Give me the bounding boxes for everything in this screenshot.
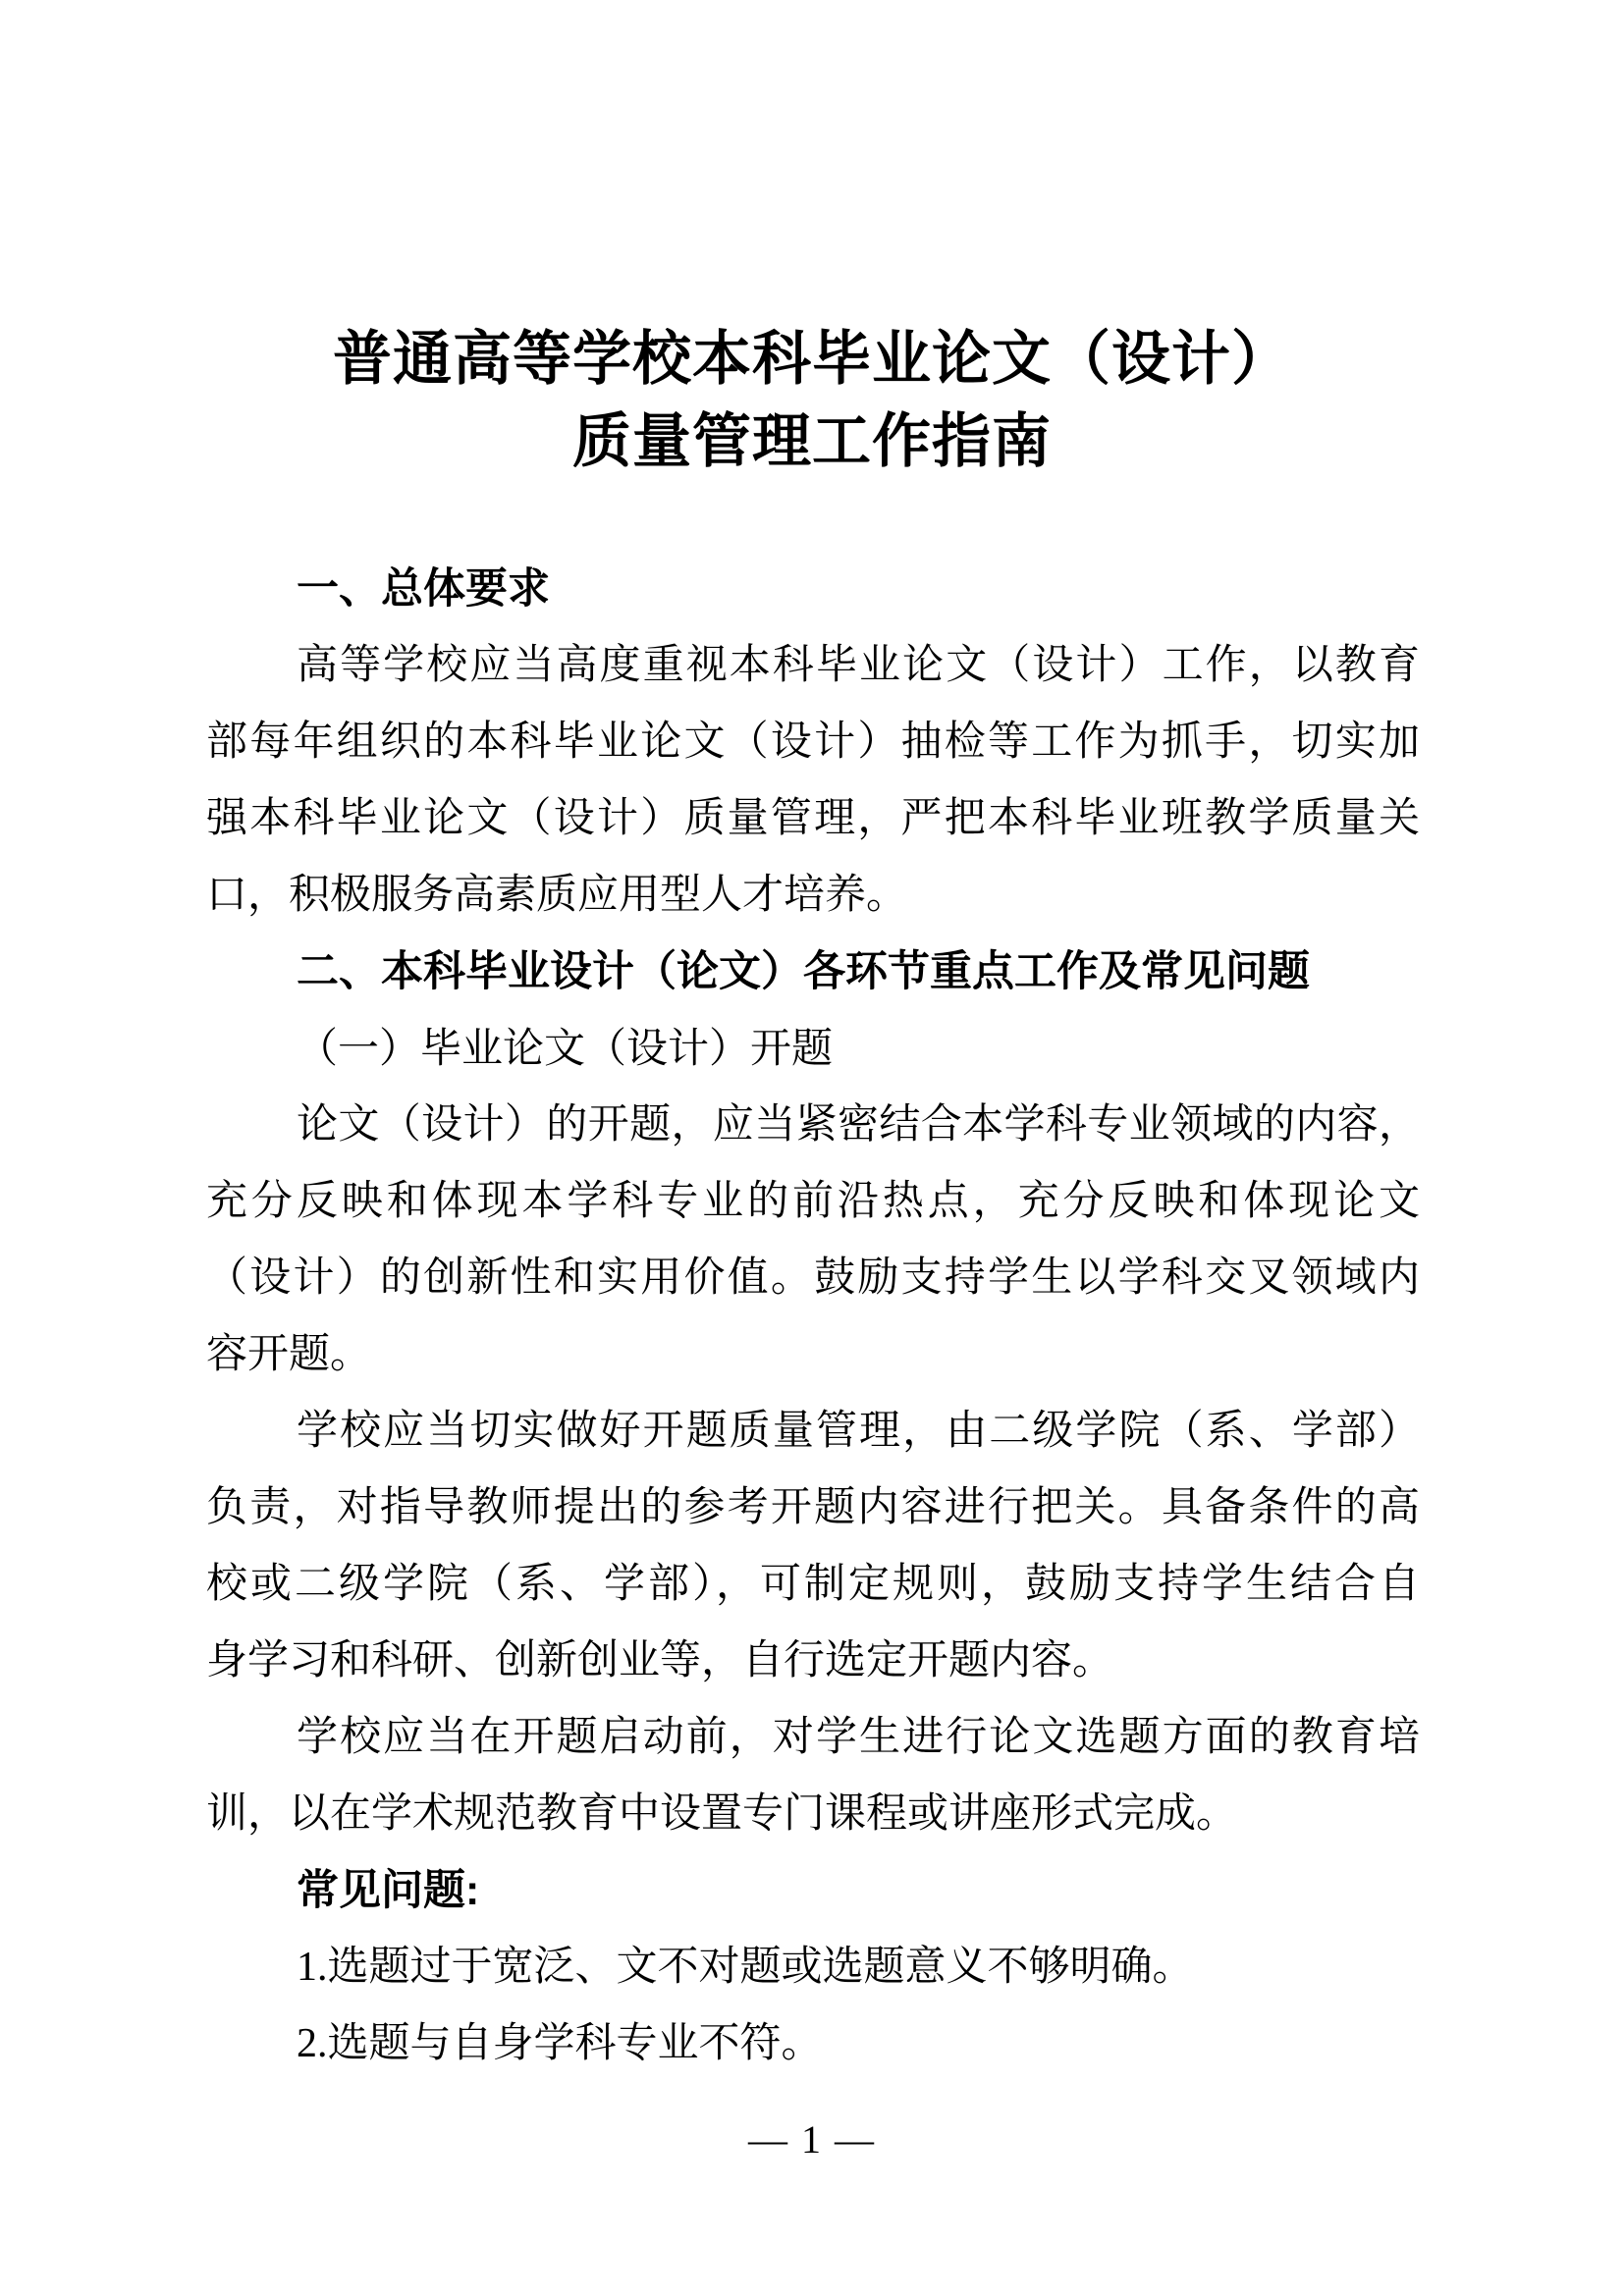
page-number-text: — 1 —	[748, 2117, 876, 2162]
text-line-item: 1.选题过于宽泛、文不对题或选题意义不够明确。	[206, 1929, 1420, 2005]
document-body: 一、总体要求高等学校应当高度重视本科毕业论文（设计）工作，以教育部每年组织的本科…	[206, 551, 1420, 2082]
text-line-full: 强本科毕业论文（设计）质量管理，严把本科毕业班教学质量关	[206, 780, 1420, 857]
document-title-line-2: 质量管理工作指南	[0, 400, 1624, 483]
text-line-last: 身学习和科研、创新创业等，自行选定开题内容。	[206, 1623, 1420, 1699]
text-line-first: 高等学校应当高度重视本科毕业论文（设计）工作，以教育	[206, 627, 1420, 704]
text-line-first: 学校应当切实做好开题质量管理，由二级学院（系、学部）	[206, 1393, 1420, 1469]
text-line-last: 训，以在学术规范教育中设置专门课程或讲座形式完成。	[206, 1776, 1420, 1852]
page-number: — 1 —	[0, 2116, 1624, 2163]
text-line-h2: 二、本科毕业设计（论文）各环节重点工作及常见问题	[206, 934, 1420, 1010]
text-line-full: 部每年组织的本科毕业论文（设计）抽检等工作为抓手，切实加	[206, 704, 1420, 780]
text-line-first: 论文（设计）的开题，应当紧密结合本学科专业领域的内容，	[206, 1087, 1420, 1163]
text-line-h1: 一、总体要求	[206, 551, 1420, 627]
document-title-line-1: 普通高等学校本科毕业论文（设计）	[0, 318, 1624, 400]
text-line-last: 口，积极服务高素质应用型人才培养。	[206, 857, 1420, 934]
text-line-h4: 常见问题:	[206, 1852, 1420, 1929]
text-line-first: 学校应当在开题启动前，对学生进行论文选题方面的教育培	[206, 1699, 1420, 1776]
text-line-full: （设计）的创新性和实用价值。鼓励支持学生以学科交叉领域内	[206, 1240, 1420, 1316]
text-line-full: 负责，对指导教师提出的参考开题内容进行把关。具备条件的高	[206, 1469, 1420, 1546]
text-line-full: 充分反映和体现本学科专业的前沿热点，充分反映和体现论文	[206, 1163, 1420, 1240]
text-line-h3: （一）毕业论文（设计）开题	[206, 1010, 1420, 1087]
text-line-full: 校或二级学院（系、学部），可制定规则，鼓励支持学生结合自	[206, 1546, 1420, 1623]
text-line-item: 2.选题与自身学科专业不符。	[206, 2005, 1420, 2082]
document-title: 普通高等学校本科毕业论文（设计） 质量管理工作指南	[0, 318, 1624, 483]
document-page: 普通高等学校本科毕业论文（设计） 质量管理工作指南 一、总体要求高等学校应当高度…	[0, 0, 1624, 2296]
text-line-last: 容开题。	[206, 1316, 1420, 1393]
